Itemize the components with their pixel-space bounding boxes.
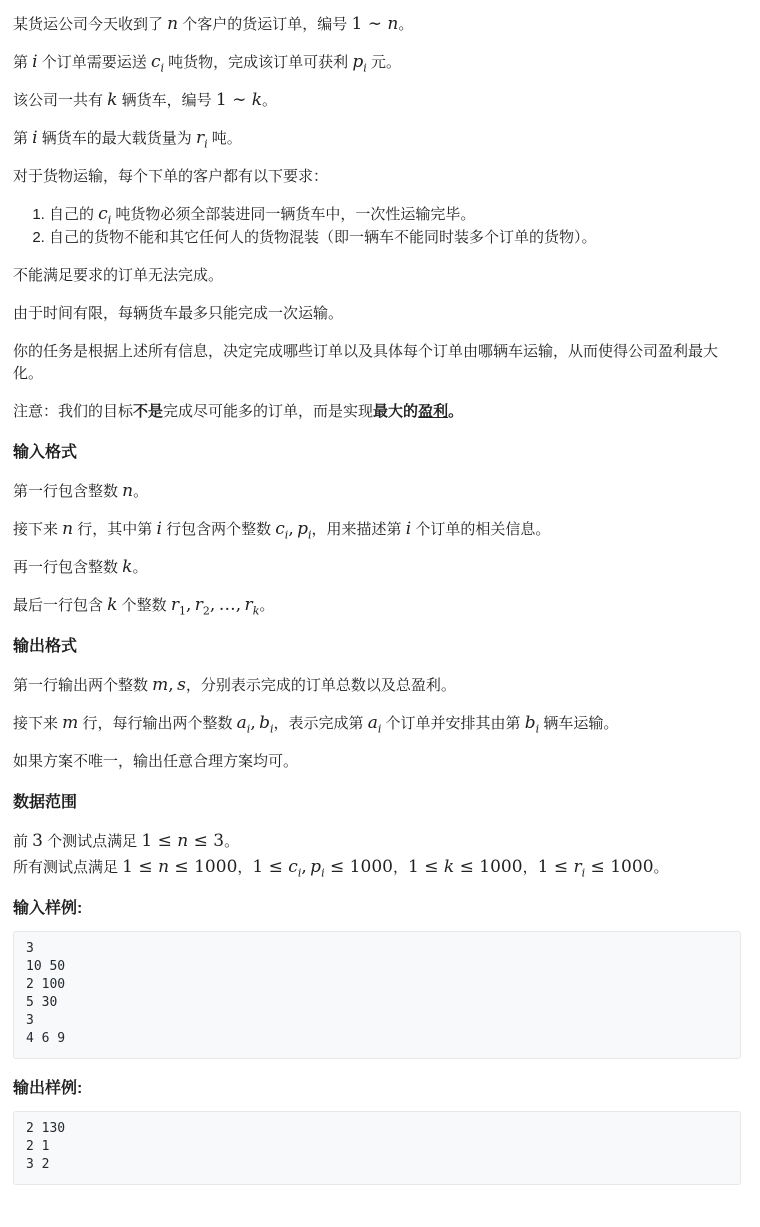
sample-output-block: 2 130 2 1 3 2 [13, 1111, 741, 1185]
intro-paragraph-order-detail: 第 i 个订单需要运送 ci 吨货物，完成该订单可获利 pi 元。 [13, 52, 741, 74]
sample-output-label: 输出样例: [13, 1077, 741, 1101]
paragraph-one-trip-limit: 由于时间有限，每辆货车最多只能完成一次运输。 [13, 303, 741, 325]
output-format-heading: 输出格式 [13, 635, 741, 659]
customer-requirements-list: 自己的 ci 吨货物必须全部装进同一辆货车中，一次性运输完毕。 自己的货物不能和… [13, 204, 741, 249]
data-range-heading: 数据范围 [13, 791, 741, 815]
input-format-line-3: 再一行包含整数 k。 [13, 557, 741, 579]
input-format-line-1: 第一行包含整数 n。 [13, 481, 741, 503]
paragraph-unsatisfied-orders: 不能满足要求的订单无法完成。 [13, 265, 741, 287]
requirement-item-2: 自己的货物不能和其它任何人的货物混装（即一辆车不能同时装多个订单的货物）。 [49, 227, 741, 249]
problem-statement-page: 某货运公司今天收到了 n 个客户的货运订单，编号 1 ∼ n。 第 i 个订单需… [0, 0, 760, 1227]
input-format-line-2: 接下来 n 行，其中第 i 行包含两个整数 ci, pi，用来描述第 i 个订单… [13, 519, 741, 541]
paragraph-task-description: 你的任务是根据上述所有信息，决定完成哪些订单以及具体每个订单由哪辆车运输，从而使… [13, 341, 741, 385]
requirement-item-1: 自己的 ci 吨货物必须全部装进同一辆货车中，一次性运输完毕。 [49, 204, 741, 226]
data-range-line-2: 所有测试点满足 1 ≤ n ≤ 1000，1 ≤ ci, pi ≤ 1000，1… [13, 857, 741, 879]
paragraph-note-goal: 注意：我们的目标不是完成尽可能多的订单，而是实现最大的盈利。 [13, 401, 741, 423]
data-range-line-1: 前 3 个测试点满足 1 ≤ n ≤ 3。 [13, 831, 741, 853]
intro-paragraph-truck-capacity: 第 i 辆货车的最大载货量为 ri 吨。 [13, 128, 741, 150]
intro-paragraph-orders: 某货运公司今天收到了 n 个客户的货运订单，编号 1 ∼ n。 [13, 14, 741, 36]
output-format-line-1: 第一行输出两个整数 m, s，分别表示完成的订单总数以及总盈利。 [13, 675, 741, 697]
sample-input-block: 3 10 50 2 100 5 30 3 4 6 9 [13, 931, 741, 1059]
requirements-intro-paragraph: 对于货物运输，每个下单的客户都有以下要求： [13, 166, 741, 188]
output-format-line-2: 接下来 m 行，每行输出两个整数 ai, bi，表示完成第 ai 个订单并安排其… [13, 713, 741, 735]
output-format-line-3: 如果方案不唯一，输出任意合理方案均可。 [13, 751, 741, 773]
input-format-line-4: 最后一行包含 k 个整数 r1, r2, …, rk。 [13, 595, 741, 617]
sample-input-label: 输入样例: [13, 897, 741, 921]
intro-paragraph-trucks: 该公司一共有 k 辆货车，编号 1 ∼ k。 [13, 90, 741, 112]
input-format-heading: 输入格式 [13, 441, 741, 465]
